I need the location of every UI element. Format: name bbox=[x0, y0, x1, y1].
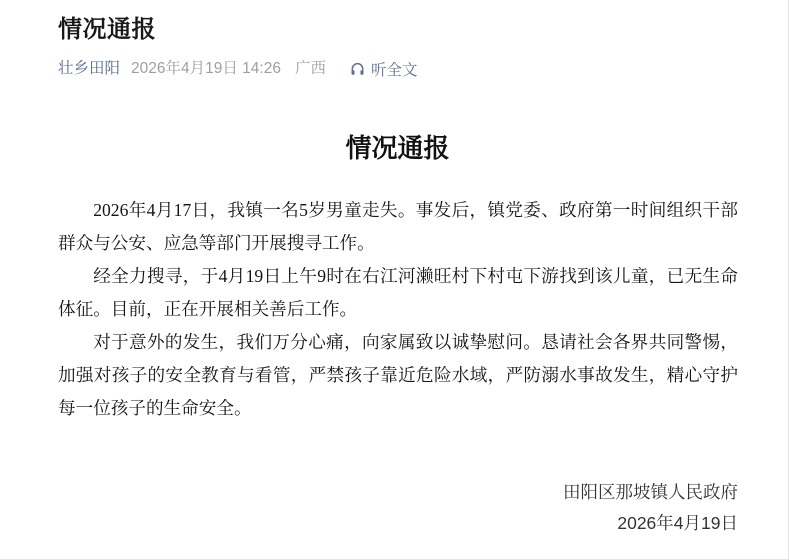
signature-block: 田阳区那坡镇人民政府 2026年4月19日 bbox=[58, 477, 738, 539]
publish-region: 广西 bbox=[295, 59, 326, 79]
notice-title: 情况通报 bbox=[58, 132, 737, 164]
publish-datetime: 2026年4月19日 14:26 bbox=[131, 59, 281, 79]
paragraph-1: 2026年4月17日，我镇一名5岁男童走失。事发后，镇党委、政府第一时间组织干部… bbox=[58, 194, 738, 260]
notice-article: 情况通报 2026年4月17日，我镇一名5岁男童走失。事发后，镇党委、政府第一时… bbox=[58, 132, 737, 539]
headphones-icon bbox=[349, 61, 366, 77]
page-title: 情况通报 bbox=[58, 14, 737, 46]
notice-body: 2026年4月17日，我镇一名5岁男童走失。事发后，镇党委、政府第一时间组织干部… bbox=[58, 194, 738, 425]
account-name-link[interactable]: 壮乡田阳 bbox=[58, 59, 120, 79]
article-meta: 壮乡田阳 2026年4月19日 14:26 广西 听全文 bbox=[58, 58, 737, 80]
signature-date: 2026年4月19日 bbox=[58, 508, 738, 539]
paragraph-3: 对于意外的发生，我们万分心痛，向家属致以诚挚慰问。恳请社会各界共同警惕，加强对孩… bbox=[58, 326, 738, 425]
listen-full-text-button[interactable]: 听全文 bbox=[349, 58, 418, 80]
article-header: 情况通报 壮乡田阳 2026年4月19日 14:26 广西 听全文 bbox=[58, 14, 737, 80]
article-page: 情况通报 壮乡田阳 2026年4月19日 14:26 广西 听全文 bbox=[0, 0, 789, 560]
listen-label: 听全文 bbox=[371, 58, 418, 80]
signature-author: 田阳区那坡镇人民政府 bbox=[58, 477, 738, 508]
page-content: 情况通报 壮乡田阳 2026年4月19日 14:26 广西 听全文 bbox=[0, 0, 788, 559]
paragraph-2: 经全力搜寻，于4月19日上午9时在右江河濑旺村下村屯下游找到该儿童，已无生命体征… bbox=[58, 260, 738, 326]
